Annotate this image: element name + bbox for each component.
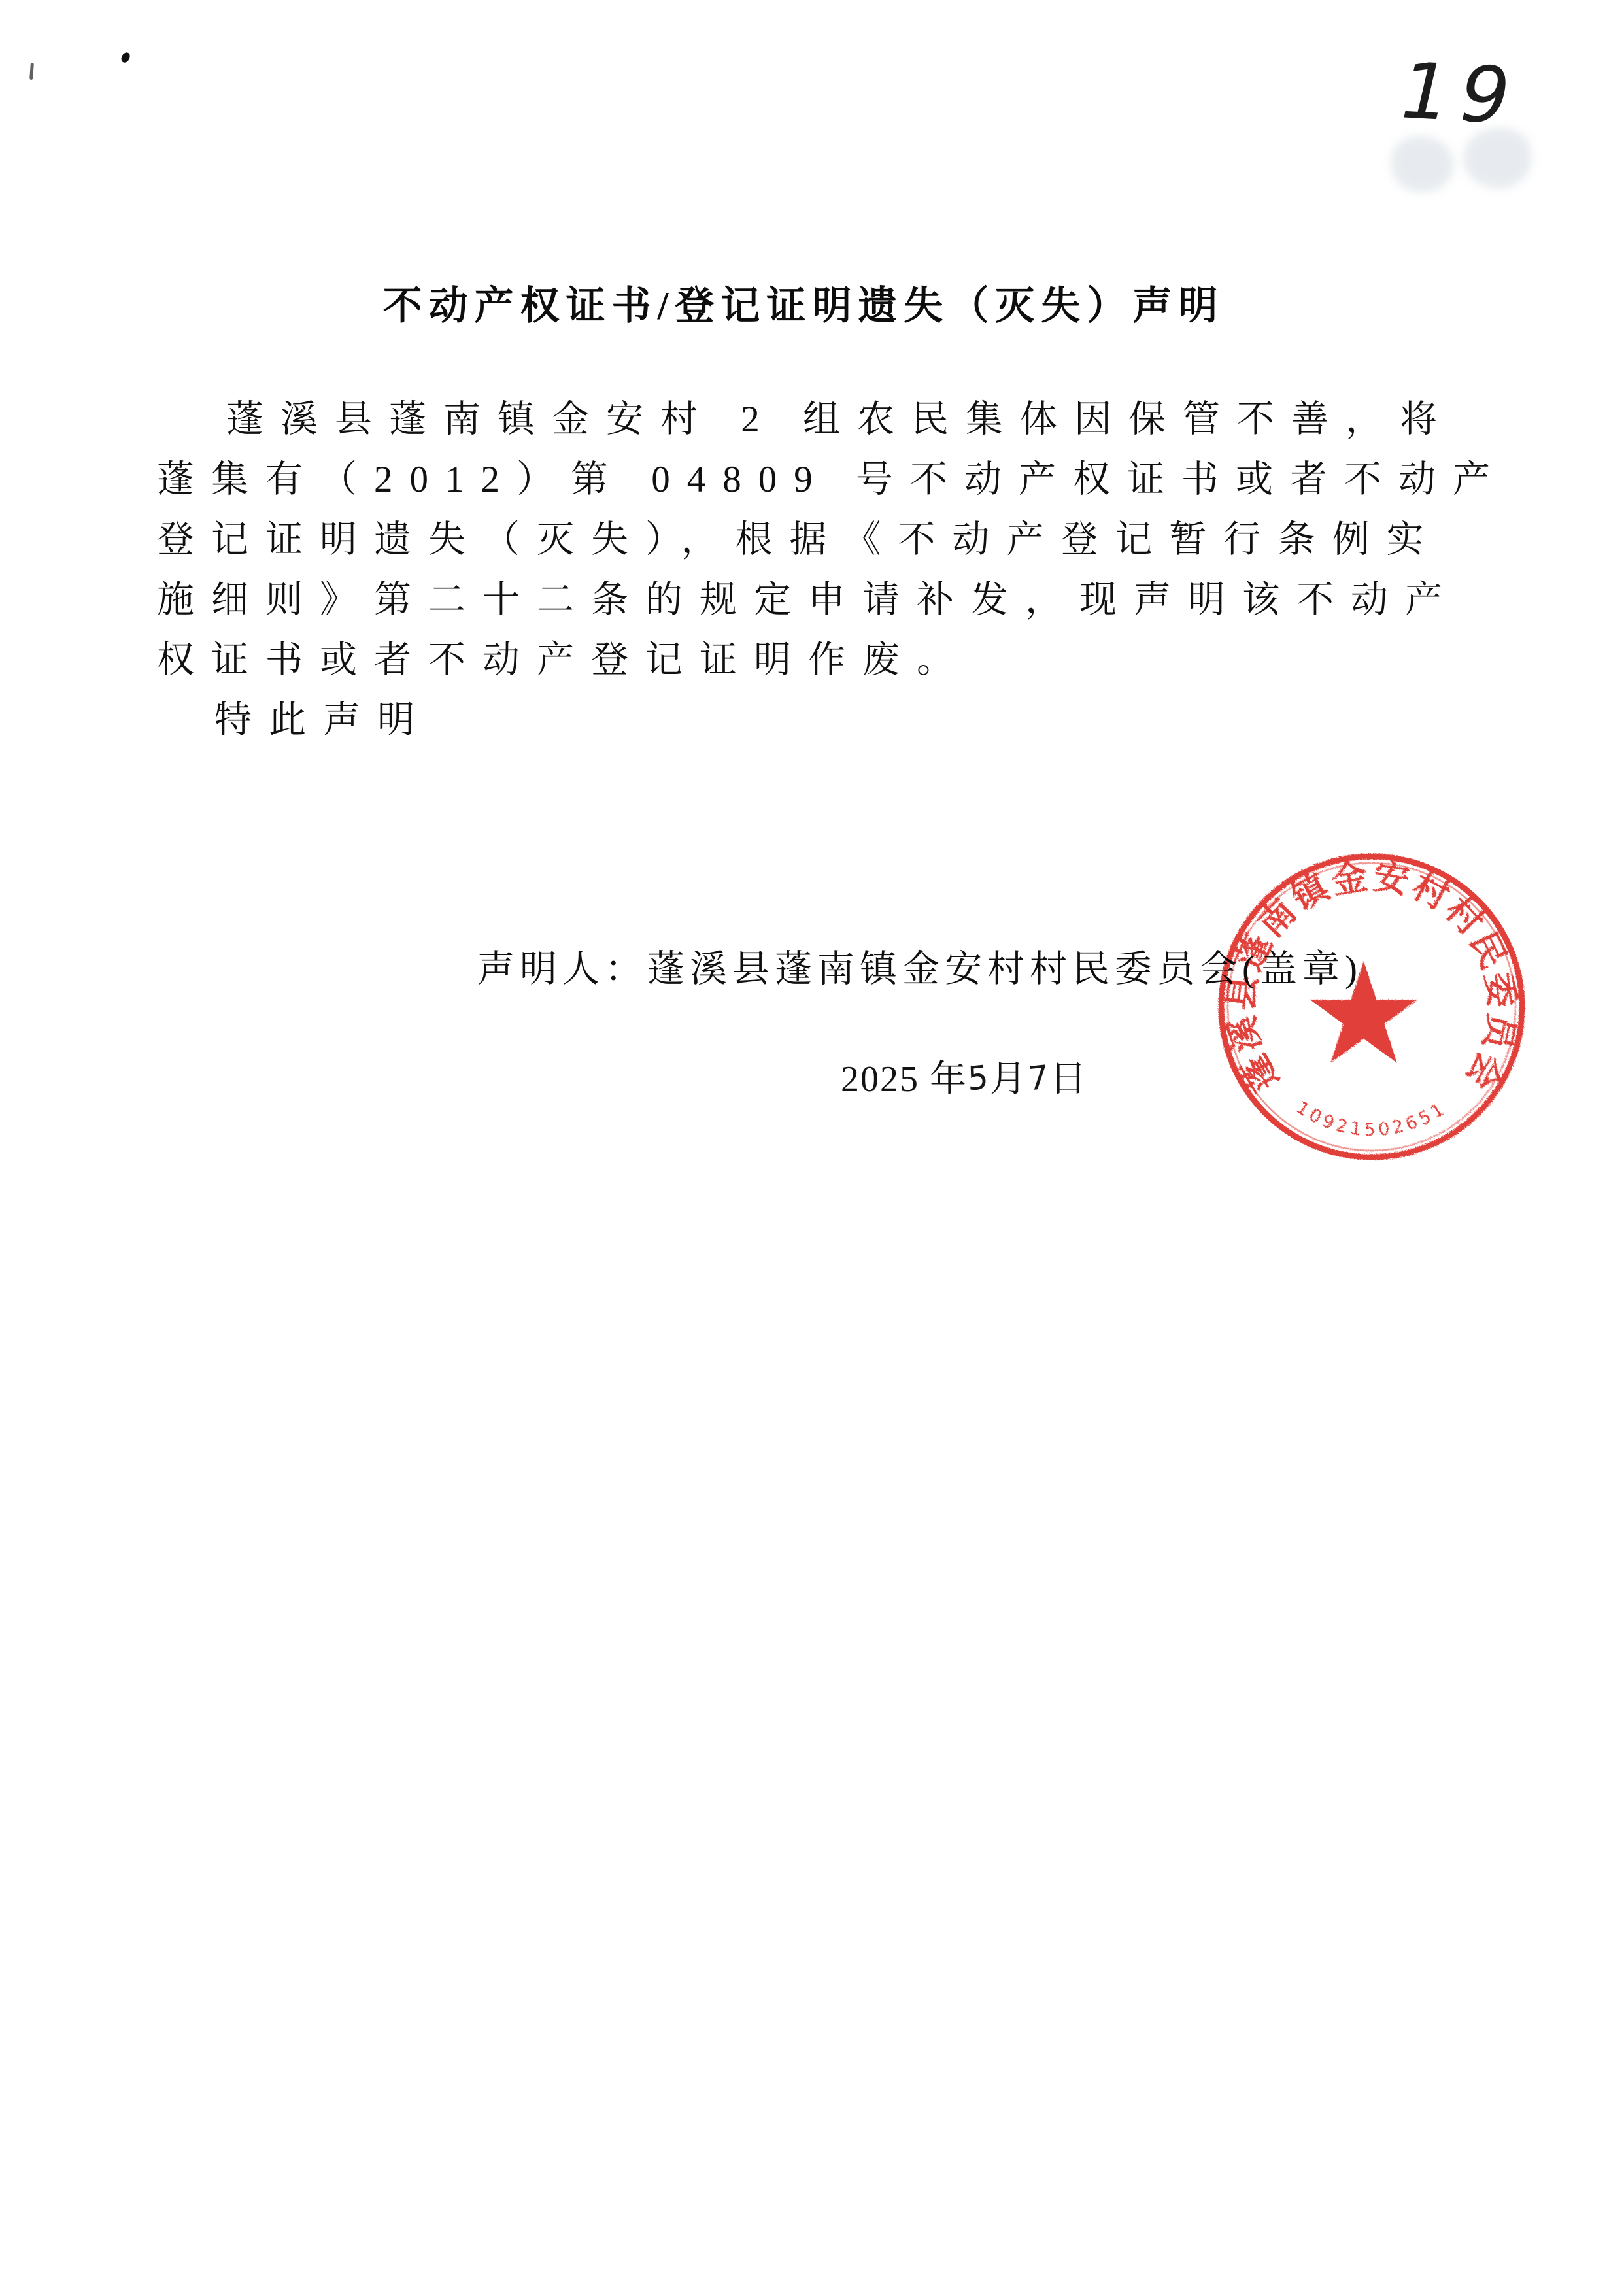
- handwritten-month-digit: 5: [967, 1058, 990, 1098]
- declaration-body: 蓬溪县蓬南镇金安村 2 组农民集体因保管不善，将 蓬集有（2012）第 0480…: [157, 390, 1411, 751]
- body-line: 权证书或者不动产登记证明作废。: [157, 630, 1411, 690]
- correction-smudge: [1391, 136, 1454, 192]
- handwritten-page-number: 19: [1392, 52, 1529, 135]
- body-line: 施细则》第二十二条的规定申请补发，现声明该不动产: [157, 570, 1411, 630]
- handwritten-day-digit: 7: [1027, 1058, 1051, 1098]
- official-seal: 蓬溪县蓬南镇金安村村民委员会 5109215026514: [1215, 842, 1529, 1172]
- date-month-label: 月: [990, 1059, 1028, 1100]
- ink-speck: [120, 52, 131, 64]
- declarant-line: 声明人：蓬溪县蓬南镇金安村村民委员会(盖章): [477, 939, 1362, 992]
- date-day-label: 日: [1050, 1059, 1088, 1100]
- ink-speck: [29, 63, 34, 80]
- body-line: 蓬集有（2012）第 04809 号不动产权证书或者不动产: [157, 450, 1411, 510]
- document-page: 19 不动产权证书/登记证明遗失（灭失）声明 蓬溪县蓬南镇金安村 2 组农民集体…: [0, 0, 1607, 2296]
- correction-smudge: [1463, 128, 1531, 188]
- closing-statement: 特此声明: [157, 690, 1411, 751]
- date-year: 2025 年: [841, 1059, 968, 1100]
- page-title: 不动产权证书/登记证明遗失（灭失）声明: [0, 275, 1607, 331]
- body-line: 登记证明遗失（灭失），根据《不动产登记暂行条例实: [157, 510, 1411, 570]
- body-line: 蓬溪县蓬南镇金安村 2 组农民集体因保管不善，将: [157, 390, 1411, 450]
- date-line: 2025 年5月7日: [841, 1050, 1088, 1102]
